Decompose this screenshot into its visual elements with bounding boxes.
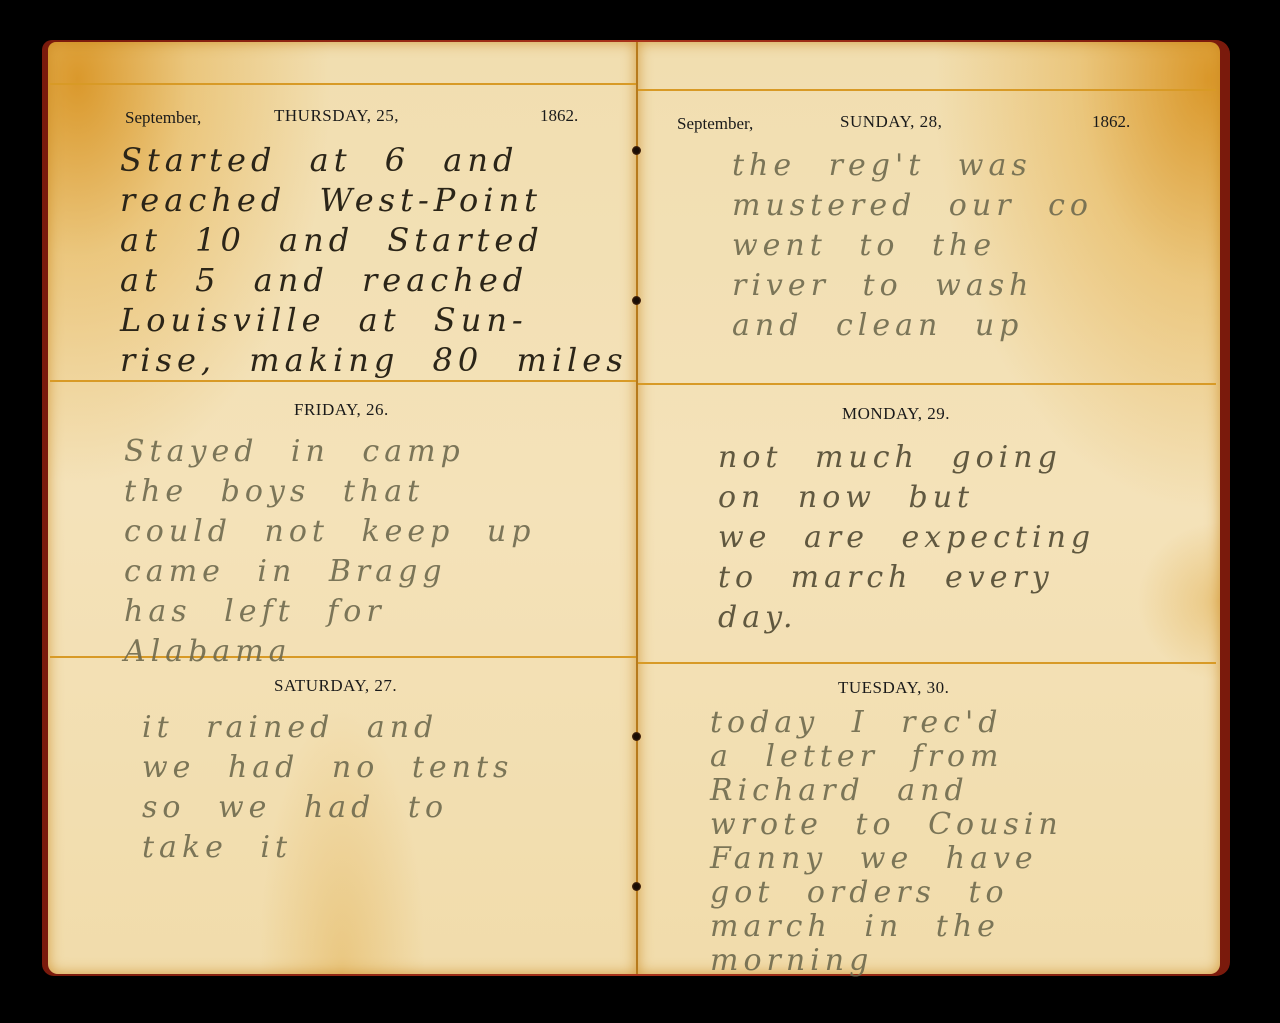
entry-day-label: FRIDAY, 26. (294, 400, 389, 420)
binding-hole (632, 732, 641, 741)
entry-day-label: TUESDAY, 30. (838, 678, 949, 698)
entry-month: September, (677, 114, 753, 134)
entry-year: 1862. (540, 106, 578, 126)
entry-day-label: SUNDAY, 28, (840, 112, 942, 132)
divider-right-2 (638, 662, 1216, 664)
entry-day-label: THURSDAY, 25, (274, 106, 399, 126)
entry-handwriting: Stayed in camp the boys that could not k… (124, 432, 535, 672)
top-rule-left (50, 83, 636, 85)
divider-left-1 (50, 380, 636, 382)
entry-month: September, (125, 108, 201, 128)
top-rule-right (638, 89, 1216, 91)
binding-hole (632, 296, 641, 305)
binding-hole (632, 882, 641, 891)
divider-right-1 (638, 383, 1216, 385)
entry-handwriting: not much going on now but we are expecti… (718, 438, 1095, 638)
entry-handwriting: the reg't was mustered our co went to th… (732, 146, 1093, 346)
entry-handwriting: today I rec'd a letter from Richard and … (710, 706, 1063, 978)
open-diary: September, THURSDAY, 25, 1862. Started a… (42, 40, 1230, 976)
entry-year: 1862. (1092, 112, 1130, 132)
binding-hole (632, 146, 641, 155)
page-gutter (636, 42, 638, 974)
entry-day-label: SATURDAY, 27. (274, 676, 397, 696)
entry-handwriting: Started at 6 and reached West-Point at 1… (120, 140, 628, 380)
entry-handwriting: it rained and we had no tents so we had … (142, 708, 513, 868)
entry-day-label: MONDAY, 29. (842, 404, 950, 424)
